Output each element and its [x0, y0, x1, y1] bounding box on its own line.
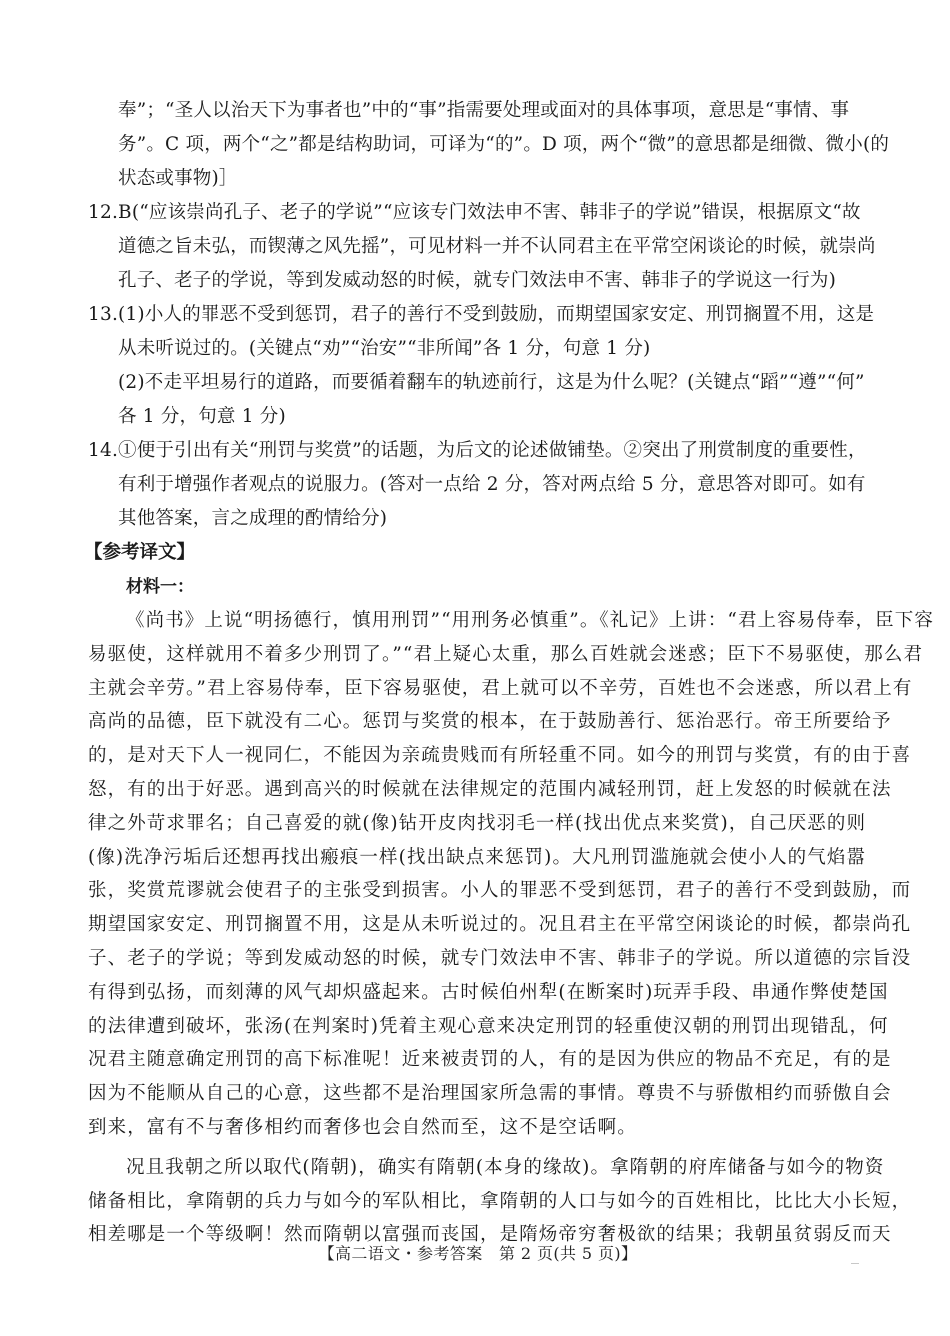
text-line: 况君主随意确定刑罚的高下标准呢！近来被责罚的人，有的是因为供应的物品不充足，有的… [88, 1043, 868, 1077]
text-line: 子、老子的学说；等到发威动怒的时候，就专门效法申不害、韩非子的学说。所以道德的宗… [88, 942, 868, 976]
text-line: 怒，有的出于好恶。遇到高兴的时候就在法律规定的范围内减轻刑罚，赶上发怒的时候就在… [88, 773, 868, 807]
text-line: 律之外苛求罪名；自己喜爱的就(像)钻开皮肉找羽毛一样(找出优点来奖赏)，自己厌恶… [88, 807, 868, 841]
material-title: 材料一： [88, 570, 868, 604]
text-line: 的法律遭到破坏，张汤(在判案时)凭着主观心意来决定刑罚的轻重使汉朝的刑罚出现错乱… [88, 1010, 868, 1044]
answer-text: ①便于引出有关“刑罚与奖赏”的话题，为后文的论述做铺垫。②突出了刑赏制度的重要性… [118, 440, 867, 461]
text-line: 孔子、老子的学说，等到发威动怒的时候，就专门效法申不害、韩非子的学说这一行为) [88, 264, 868, 298]
answer-13: 13.(1)小人的罪恶不受到惩罚，君子的善行不受到鼓励，而期望国家安定、刑罚搁置… [88, 298, 868, 434]
document-page: 奉”；“圣人以治天下为事者也”中的“事”指需要处理或面对的具体事项，意思是“事情… [0, 0, 950, 1336]
text-line: 其他答案，言之成理的酌情给分) [88, 502, 868, 536]
text-line: 的，是对天下人一视同仁，不能因为亲疏贵贱而有所轻重不同。如今的刑罚与奖赏，有的由… [88, 739, 868, 773]
text-line: 有得到弘扬，而刻薄的风气却炽盛起来。古时候伯州犁(在断案时)玩弄手段、串通作弊使… [88, 976, 868, 1010]
answer-14: 14.①便于引出有关“刑罚与奖赏”的话题，为后文的论述做铺垫。②突出了刑赏制度的… [88, 434, 868, 536]
answer-text: (1)小人的罪恶不受到惩罚，君子的善行不受到鼓励，而期望国家安定、刑罚搁置不用，… [118, 304, 874, 325]
text-line: 高尚的品德，臣下就没有二心。惩罚与奖赏的根本，在于鼓励善行、惩治恶行。帝王所要给… [88, 705, 868, 739]
text-line: 13.(1)小人的罪恶不受到惩罚，君子的善行不受到鼓励，而期望国家安定、刑罚搁置… [88, 298, 868, 332]
answer-12: 12.B(“应该崇尚孔子、老子的学说”“应该专门效法申不害、韩非子的学说”错误，… [88, 196, 868, 298]
text-line: 易驱使，这样就用不着多少刑罚了。”“君上疑心太重，那么百姓就会迷惑；臣下不易驱使… [88, 638, 868, 672]
text-line: (像)洗净污垢后还想再找出瘢痕一样(找出缺点来惩罚)。大凡刑罚滥施就会使小人的气… [88, 841, 868, 875]
page-footer: 【高二语文・参考答案 第 2 页(共 5 页)】 [0, 1241, 950, 1267]
footer-text: 【高二语文・参考答案 第 2 页(共 5 页)】 [313, 1244, 638, 1263]
text-line: 主就会辛劳。”君上容易侍奉，臣下容易驱使，君上就可以不辛劳，百姓也不会迷惑，所以… [88, 672, 868, 706]
page-content: 奉”；“圣人以治天下为事者也”中的“事”指需要处理或面对的具体事项，意思是“事情… [88, 94, 868, 1252]
translation-paragraph-2: 况且我朝之所以取代(隋朝)，确实有隋朝(本身的缘故)。拿隋朝的府库储备与如今的物… [88, 1151, 868, 1252]
question-number: 14. [88, 434, 118, 468]
text-line: 各 1 分，句意 1 分) [88, 400, 868, 434]
text-line: 有利于增强作者观点的说服力。(答对一点给 2 分，答对两点给 5 分，意思答对即… [88, 468, 868, 502]
text-line: 12.B(“应该崇尚孔子、老子的学说”“应该专门效法申不害、韩非子的学说”错误，… [88, 196, 868, 230]
section-title: 【参考译文】 [84, 536, 868, 570]
translation-body: 《尚书》上说“明扬德行，慎用刑罚”“用刑务必慎重”。《礼记》上讲：“君上容易侍奉… [88, 604, 868, 1252]
text-line: 14.①便于引出有关“刑罚与奖赏”的话题，为后文的论述做铺垫。②突出了刑赏制度的… [88, 434, 868, 468]
question-number: 12. [88, 196, 118, 230]
text-line: 况且我朝之所以取代(隋朝)，确实有隋朝(本身的缘故)。拿隋朝的府库储备与如今的物… [88, 1151, 868, 1185]
text-line: 务”。C 项，两个“之”都是结构助词，可译为“的”。D 项，两个“微”的意思都是… [88, 128, 868, 162]
text-line: 到来，富有不与奢侈相约而奢侈也会自然而至，这不是空话啊。 [88, 1111, 868, 1145]
text-line: 《尚书》上说“明扬德行，慎用刑罚”“用刑务必慎重”。《礼记》上讲：“君上容易侍奉… [88, 604, 868, 638]
text-line: 状态或事物)］ [88, 162, 868, 196]
text-line: 储备相比，拿隋朝的兵力与如今的军队相比，拿隋朝的人口与如今的百姓相比，比比大小长… [88, 1185, 868, 1219]
question-number: 13. [88, 298, 118, 332]
text-line: 因为不能顺从自己的心意，这些都不是治理国家所急需的事情。尊贵不与骄傲相约而骄傲自… [88, 1077, 868, 1111]
scan-mark [851, 1263, 859, 1264]
text-line: 张，奖赏荒谬就会使君子的主张受到损害。小人的罪恶不受到惩罚，君子的善行不受到鼓励… [88, 874, 868, 908]
translation-paragraph-1: 《尚书》上说“明扬德行，慎用刑罚”“用刑务必慎重”。《礼记》上讲：“君上容易侍奉… [88, 604, 868, 1145]
text-line: 道德之旨未弘，而锲薄之风先摇”，可见材料一并不认同君主在平常空闲谈论的时候，就崇… [88, 230, 868, 264]
text-line: 奉”；“圣人以治天下为事者也”中的“事”指需要处理或面对的具体事项，意思是“事情… [88, 94, 868, 128]
text-line: 期望国家安定、刑罚搁置不用，这是从未听说过的。况且君主在平常空闲谈论的时候，都崇… [88, 908, 868, 942]
answer-11-continued: 奉”；“圣人以治天下为事者也”中的“事”指需要处理或面对的具体事项，意思是“事情… [88, 94, 868, 196]
text-line: (2)不走平坦易行的道路，而要循着翻车的轨迹前行，这是为什么呢？(关键点“蹈”“… [88, 366, 868, 400]
answer-text: B(“应该崇尚孔子、老子的学说”“应该专门效法申不害、韩非子的学说”错误，根据原… [118, 202, 861, 223]
text-line: 从未听说过的。(关键点“劝”“治安”“非所闻”各 1 分，句意 1 分) [88, 332, 868, 366]
